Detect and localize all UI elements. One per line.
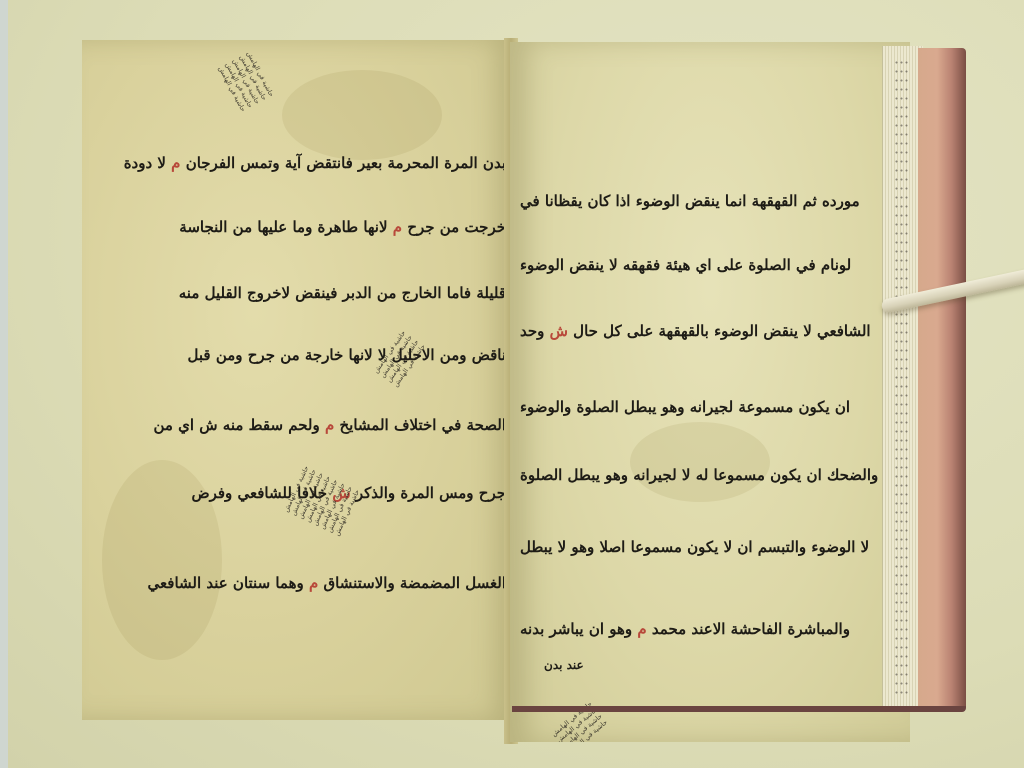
manuscript-line-5: الصحة في اختلاف المشايخ م ولحم سقط منه ش… xyxy=(153,416,506,434)
marginal-gloss-bottom: حاشية في الهامشحاشية في الهامشحاشية في ا… xyxy=(282,465,361,537)
manuscript-line-3: قليلة فاما الخارج من الدبر فينقض لاخروج … xyxy=(179,284,506,302)
manuscript-line-2: لونام في الصلوة على اي هيئة فقهقه لا ينق… xyxy=(520,256,851,274)
marginal-gloss-top: حاشية في الهامشحاشية في الهامشحاشية في ا… xyxy=(217,50,276,113)
manuscript-line-7: الغسل المضمضة والاستنشاق م وهما سنتان عن… xyxy=(148,574,506,592)
binding-bottom-edge xyxy=(512,706,966,712)
manuscript-line-2: خرجت من جرح م لانها طاهرة وما عليها من ا… xyxy=(179,218,506,236)
manuscript-line-5: جميعا والضحك ان يكون مسموعا له لا لجيران… xyxy=(520,466,910,484)
stain xyxy=(630,422,770,502)
left-edge-strip xyxy=(0,0,8,768)
manuscript-line-1: مورده ثم القهقهة انما ينقض الوضوء اذا كا… xyxy=(520,192,860,210)
marginal-gloss-middle: حاشية في الهامشحاشية في الهامشحاشية في ا… xyxy=(372,329,427,388)
binding-cover xyxy=(918,48,966,712)
page-edge-specks xyxy=(894,58,910,698)
manuscript-line-4: ناقض ومن الاحليل لا لانها خارجة من جرح و… xyxy=(188,346,506,364)
manuscript-line-3: الشافعي لا ينقض الوضوء بالقهقهة على كل ح… xyxy=(520,322,871,340)
manuscript-line-1: بدن المرة المحرمة بعير فانتقض آية وتمس ا… xyxy=(124,154,506,172)
left-page: حاشية في الهامشحاشية في الهامشحاشية في ا… xyxy=(82,40,514,720)
stain xyxy=(282,70,442,160)
catchword: عند بدن xyxy=(544,658,584,672)
open-manuscript: حاشية في الهامشحاشية في الهامشحاشية في ا… xyxy=(82,38,970,750)
manuscript-line-7: والمباشرة الفاحشة الاعند محمد م وهو ان ي… xyxy=(520,620,850,638)
manuscript-line-4: ان يكون مسموعة لجيرانه وهو يبطل الصلوة و… xyxy=(520,398,850,416)
manuscript-line-6: لا الوضوء والتبسم ان لا يكون مسموعا اصلا… xyxy=(520,538,869,556)
right-page: مورده ثم القهقهة انما ينقض الوضوء اذا كا… xyxy=(510,42,910,742)
